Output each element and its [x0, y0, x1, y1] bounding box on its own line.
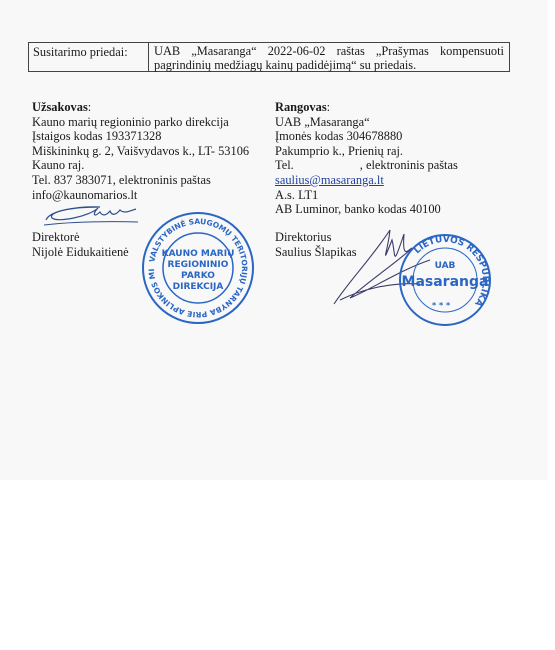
customer-code: Įstaigos kodas 193371328	[32, 129, 249, 144]
customer-stamp: VALSTYBINĖ SAUGOMŲ TERITORIJŲ TARNYBA PR…	[138, 208, 258, 328]
word: raštas	[337, 44, 365, 58]
svg-text:KAUNO MARIŲ: KAUNO MARIŲ	[162, 249, 235, 259]
contractor-address: Pakumprio k., Prienių raj.	[275, 144, 458, 159]
customer-signatory-name: Nijolė Eidukaitienė	[32, 245, 129, 260]
customer-address: Miškininkų g. 2, Vaišvydavos k., LT- 531…	[32, 144, 249, 159]
contractor-account: A.s. LT1	[275, 188, 458, 203]
customer-name: Kauno marių regioninio parko direkcija	[32, 115, 249, 130]
svg-text:Masaranga: Masaranga	[402, 274, 489, 290]
svg-text:LIETUVOS RESPUBLIKA: LIETUVOS RESPUBLIKA	[413, 235, 491, 308]
contractor-heading: Rangovas	[275, 100, 327, 114]
annex-value-line1: UAB „Masaranga“ 2022-06-02 raštas „Prašy…	[154, 44, 504, 58]
contractor-stamp: LIETUVOS RESPUBLIKA UAB Masaranga * * *	[390, 228, 500, 328]
svg-text:REGIONINIO: REGIONINIO	[168, 260, 229, 270]
customer-block: Užsakovas: Kauno marių regioninio parko …	[32, 100, 249, 202]
colon: :	[327, 100, 330, 114]
svg-text:DIREKCIJA: DIREKCIJA	[173, 282, 224, 292]
redacted-account	[318, 188, 398, 203]
customer-heading: Užsakovas	[32, 100, 88, 114]
annex-value: UAB „Masaranga“ 2022-06-02 raštas „Prašy…	[149, 43, 509, 71]
account-prefix: A.s. LT1	[275, 188, 318, 202]
tel-label: Tel.	[275, 158, 294, 172]
customer-role: Direktorė	[32, 230, 129, 245]
colon: :	[88, 100, 91, 114]
svg-text:* * *: * * *	[432, 301, 451, 310]
annex-table: Susitarimo priedai: UAB „Masaranga“ 2022…	[28, 42, 510, 72]
contractor-code: Įmonės kodas 304678880	[275, 129, 458, 144]
customer-phone: Tel. 837 383071, elektroninis paštas	[32, 173, 249, 188]
svg-text:UAB: UAB	[435, 261, 456, 271]
document-page: Susitarimo priedai: UAB „Masaranga“ 2022…	[0, 0, 548, 480]
customer-signatory: Direktorė Nijolė Eidukaitienė	[32, 230, 129, 259]
contractor-phone: Tel. , elektroninis paštas	[275, 158, 458, 173]
annex-value-line2: pagrindinių medžiagų kainų padidėjimą“ s…	[154, 58, 504, 72]
word: UAB	[154, 44, 180, 58]
word: „Prašymas	[376, 44, 429, 58]
annex-label: Susitarimo priedai:	[29, 43, 149, 71]
redacted-phone	[294, 158, 360, 173]
contractor-bank: AB Luminor, banko kodas 40100	[275, 202, 458, 217]
word: kompensuoti	[440, 44, 504, 58]
contractor-name: UAB „Masaranga“	[275, 115, 458, 130]
word: 2022-06-02	[268, 44, 326, 58]
contractor-email-link[interactable]: saulius@masaranga.lt	[275, 173, 384, 187]
customer-district: Kauno raj.	[32, 158, 249, 173]
contractor-block: Rangovas: UAB „Masaranga“ Įmonės kodas 3…	[275, 100, 458, 217]
word: „Masaranga“	[191, 44, 256, 58]
email-label: , elektroninis paštas	[360, 158, 458, 172]
customer-signature	[40, 198, 140, 230]
svg-text:PARKO: PARKO	[181, 271, 215, 281]
